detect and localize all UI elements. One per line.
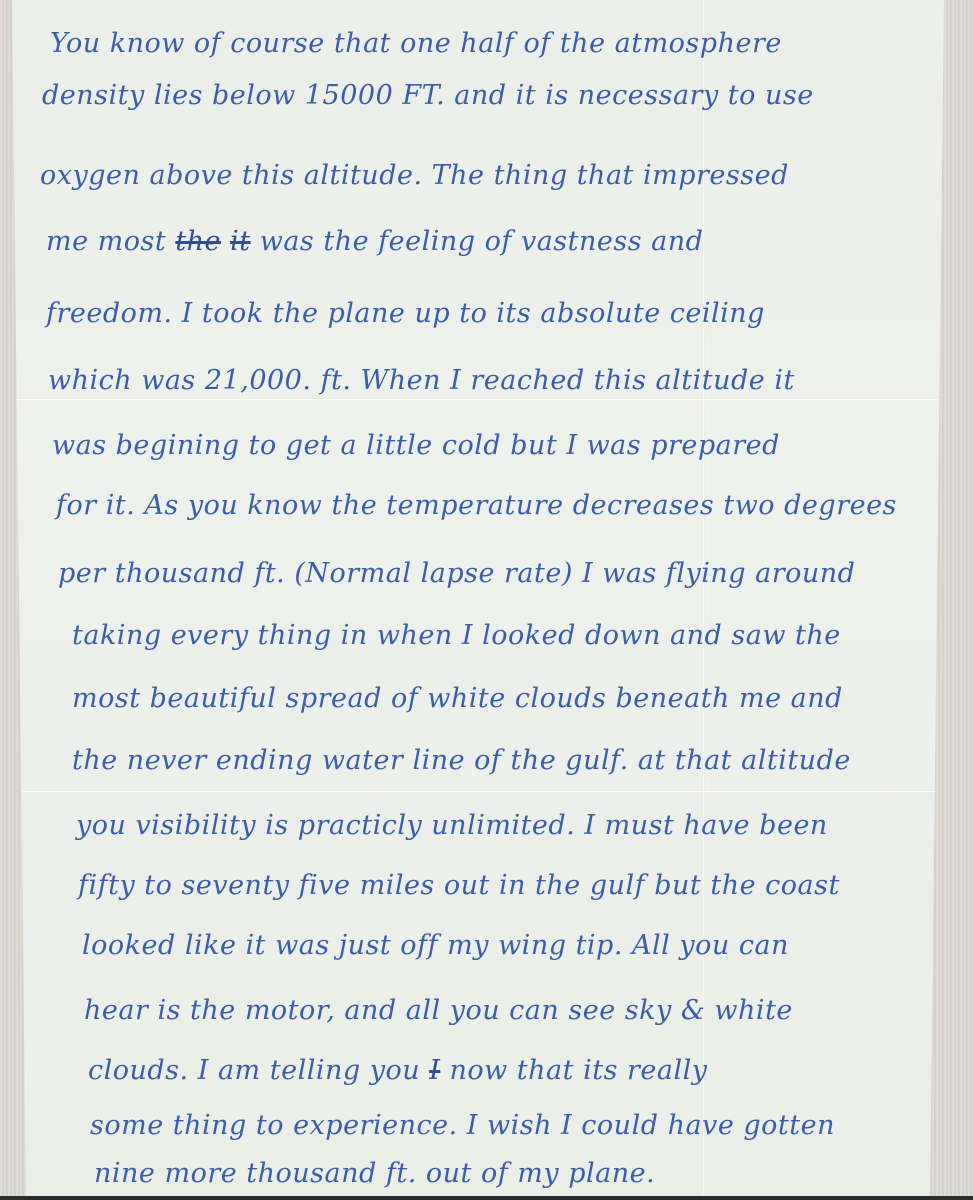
text-line-1: You know of course that one half of the …	[50, 28, 782, 59]
text-line-16: hear is the motor, and all you can see s…	[84, 995, 793, 1026]
line-17-end: now that its really	[440, 1055, 707, 1086]
fold-crease-horizontal	[12, 398, 944, 401]
text-line-10: taking every thing in when I looked down…	[72, 620, 841, 651]
text-line-17: clouds. I am telling you I now that its …	[88, 1055, 708, 1086]
line-4-end: was the feeling of vastness and	[251, 226, 704, 257]
text-line-11: most beautiful spread of white clouds be…	[72, 683, 843, 714]
struck-word-2: it	[230, 226, 251, 257]
line-4-start: me most	[46, 226, 175, 257]
text-line-15: looked like it was just off my wing tip.…	[82, 930, 789, 961]
text-line-12: the never ending water line of the gulf.…	[72, 745, 851, 776]
text-line-18: some thing to experience. I wish I could…	[90, 1110, 835, 1141]
text-line-8: for it. As you know the temperature decr…	[56, 490, 897, 521]
text-line-13: you visibility is practicly unlimited. I…	[76, 810, 828, 841]
letter-page: You know of course that one half of the …	[12, 0, 944, 1196]
text-line-7: was begining to get a little cold but I …	[52, 430, 780, 461]
bottom-edge-shadow	[0, 1196, 973, 1200]
struck-word-3: I	[429, 1055, 440, 1086]
text-line-4: me most the it was the feeling of vastne…	[46, 226, 703, 257]
text-line-2: density lies below 15000 FT. and it is n…	[42, 80, 814, 111]
text-line-6: which was 21,000. ft. When I reached thi…	[48, 365, 795, 396]
text-line-5: freedom. I took the plane up to its abso…	[46, 298, 765, 329]
fold-crease-horizontal-lower	[12, 790, 944, 793]
text-line-9: per thousand ft. (Normal lapse rate) I w…	[58, 558, 855, 589]
struck-word-1: the	[175, 226, 221, 257]
text-line-14: fifty to seventy five miles out in the g…	[78, 870, 840, 901]
line-17-start: clouds. I am telling you	[88, 1055, 429, 1086]
text-line-19: nine more thousand ft. out of my plane.	[94, 1158, 655, 1189]
text-line-3: oxygen above this altitude. The thing th…	[40, 160, 789, 191]
